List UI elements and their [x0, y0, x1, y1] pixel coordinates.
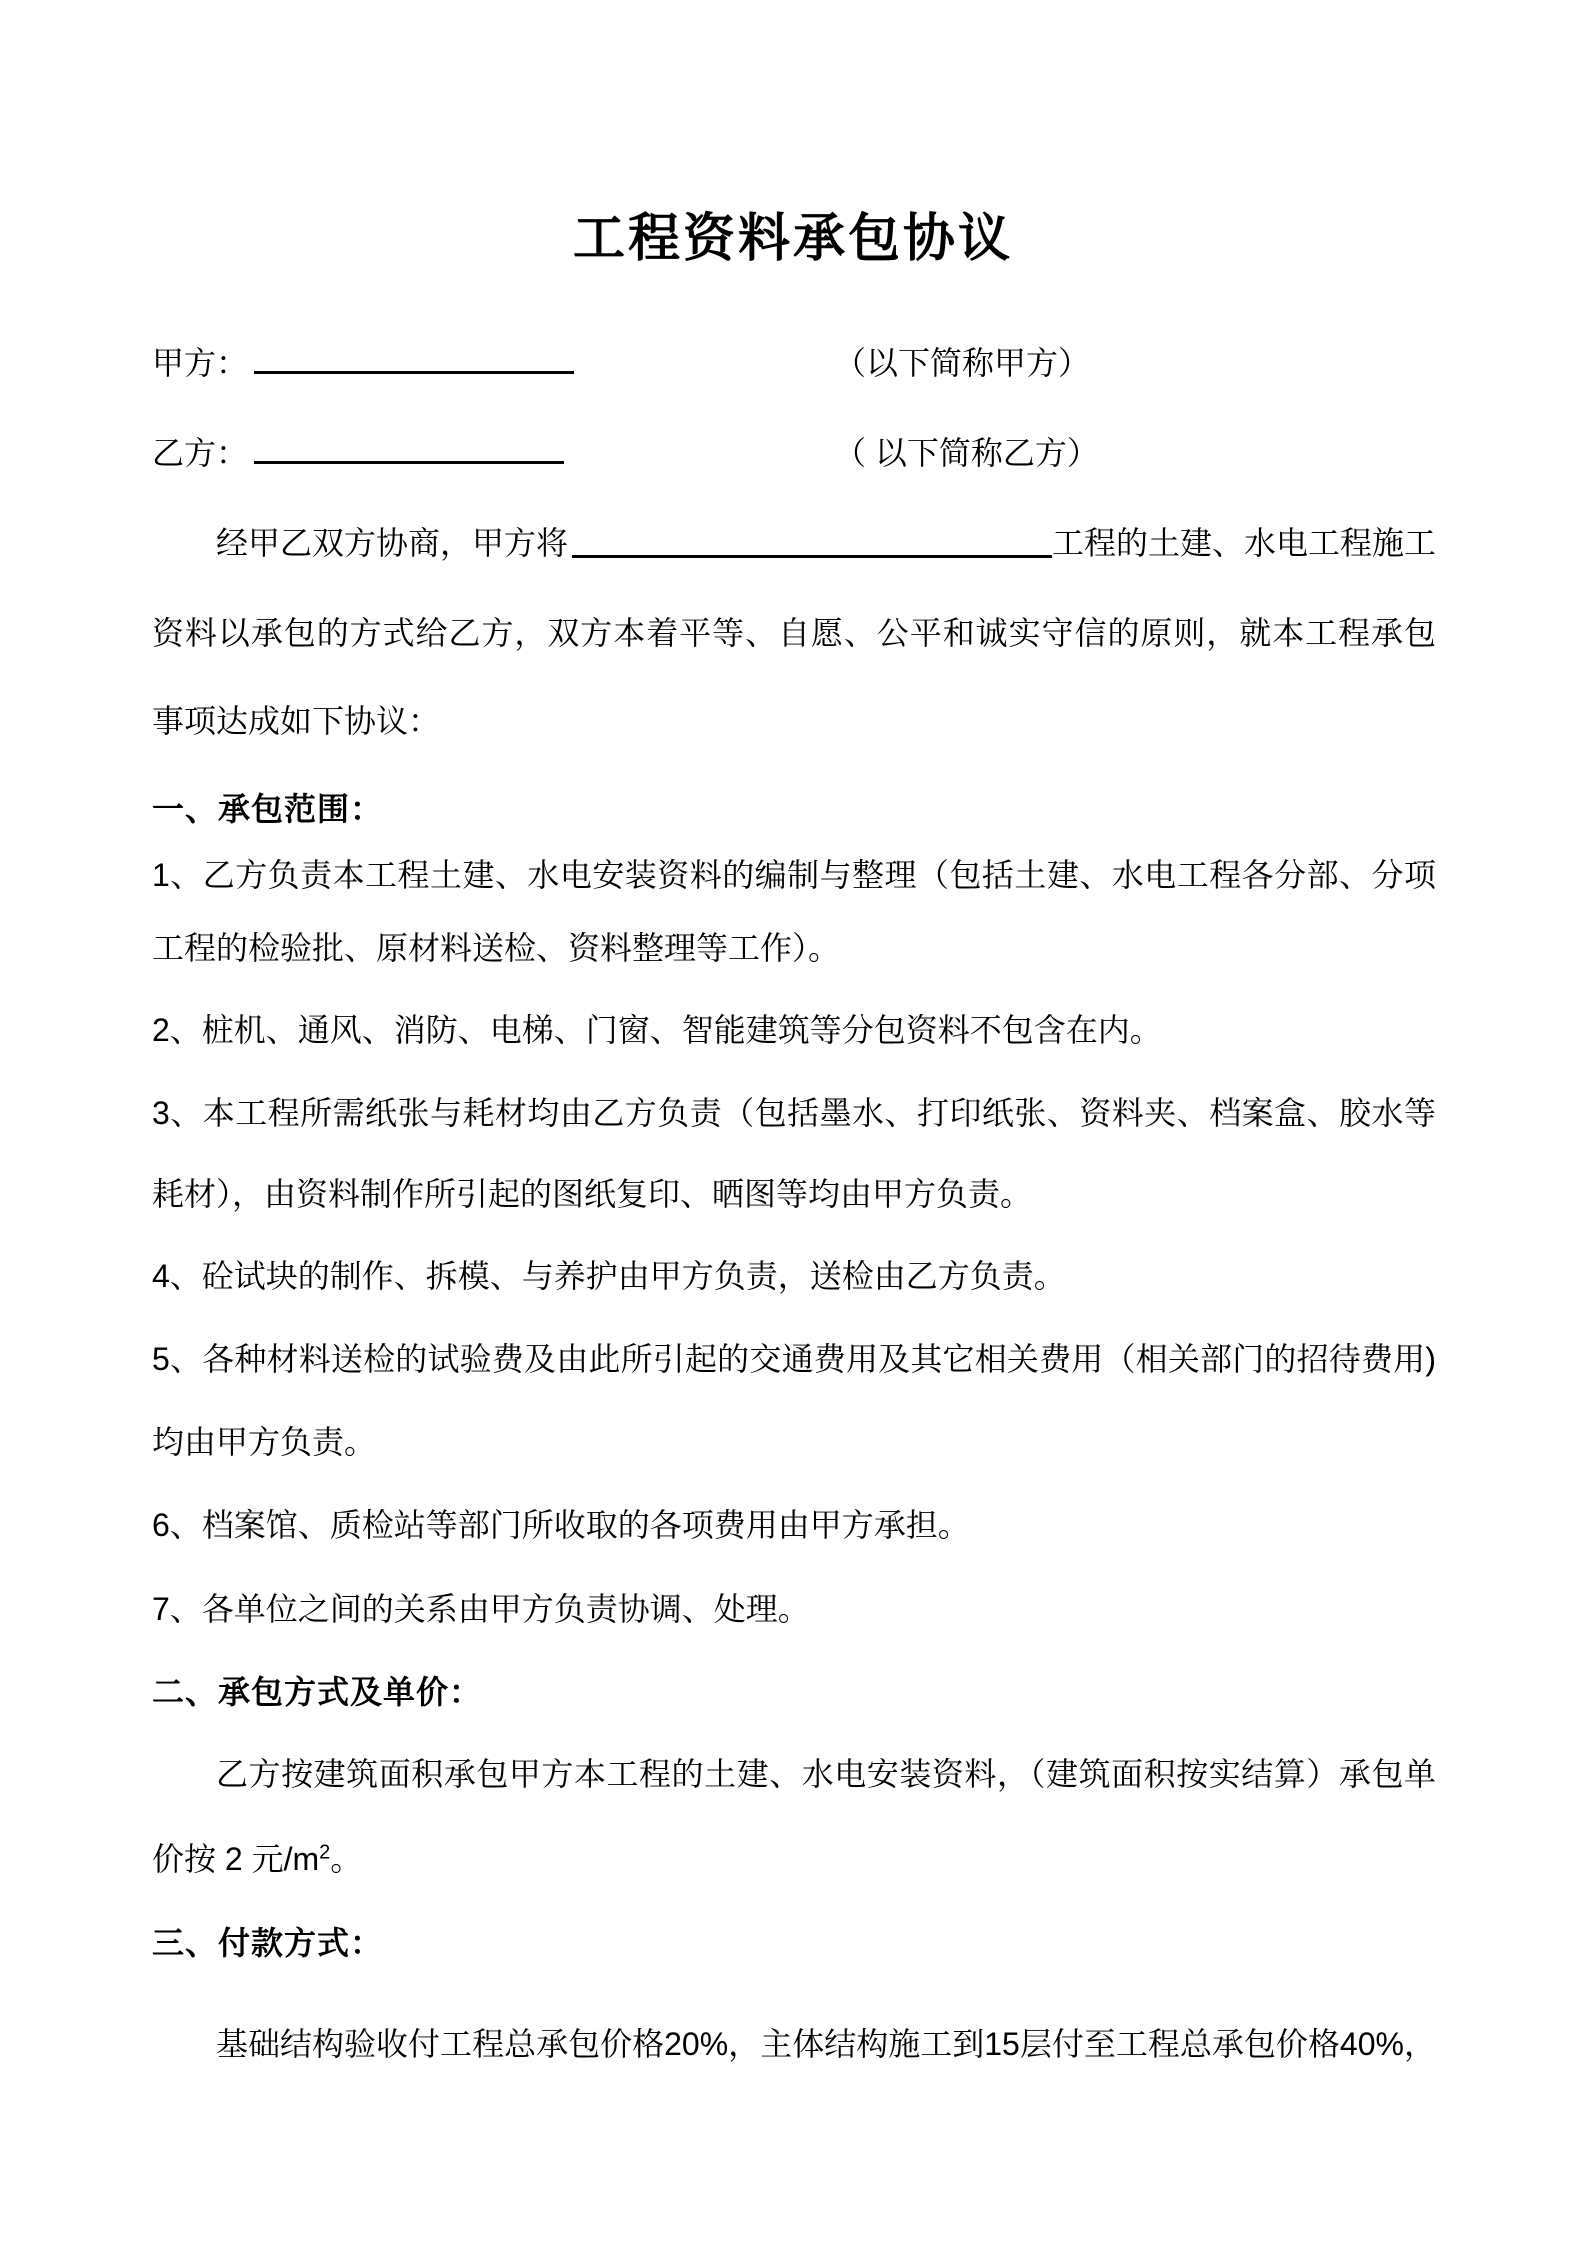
clause-5-line-1: 5、各种材料送检的试验费及由此所引起的交通费用及其它相关费用（相关部门的招待费用…: [152, 1336, 1436, 1382]
party-b-blank-line: [254, 430, 564, 464]
document-page: 工程资料承包协议 甲方： （以下简称甲方） 乙方： （ 以下简称乙方） 经甲乙双…: [0, 0, 1586, 2244]
clause-4: 4、砼试块的制作、拆模、与养护由甲方负责，送检由乙方负责。: [152, 1253, 1436, 1299]
intro-line-1-after-blank: 工程的土建、水电工程施工: [1052, 520, 1436, 566]
project-name-blank-line: [572, 520, 1052, 558]
intro-line-2: 资料以承包的方式给乙方，双方本着平等、自愿、公平和诚实守信的原则，就本工程承包: [152, 610, 1436, 656]
clause-3-line-2: 耗材），由资料制作所引起的图纸复印、晒图等均由甲方负责。: [152, 1171, 1436, 1217]
section-1-heading: 一、承包范围：: [152, 786, 1436, 832]
clause-6: 6、档案馆、质检站等部门所收取的各项费用由甲方承担。: [152, 1502, 1436, 1548]
section-2-body-line-1: 乙方按建筑面积承包甲方本工程的土建、水电安装资料，（建筑面积按实结算）承包单: [152, 1751, 1436, 1797]
party-b-line: 乙方： （ 以下简称乙方）: [152, 430, 1436, 476]
clause-2: 2、桩机、通风、消防、电梯、门窗、智能建筑等分包资料不包含在内。: [152, 1007, 1436, 1053]
section-2-heading: 二、承包方式及单价：: [152, 1669, 1436, 1715]
party-a-line: 甲方： （以下简称甲方）: [152, 340, 1436, 386]
unit-price-text: 价按 2 元/m: [152, 1841, 319, 1877]
party-b-label: 乙方：: [152, 435, 248, 471]
clause-1-line-2: 工程的检验批、原材料送检、资料整理等工作）。: [152, 925, 1436, 971]
square-meter-superscript: 2: [319, 1841, 330, 1863]
section-3-heading: 三、付款方式：: [152, 1920, 1436, 1966]
party-b-shortname: （ 以下简称乙方）: [834, 430, 1099, 476]
clause-3-line-1: 3、本工程所需纸张与耗材均由乙方负责（包括墨水、打印纸张、资料夹、档案盒、胶水等: [152, 1090, 1436, 1136]
party-a-blank-line: [254, 340, 574, 374]
clause-1-line-1: 1、乙方负责本工程土建、水电安装资料的编制与整理（包括土建、水电工程各分部、分项: [152, 852, 1436, 898]
section-2-body-line-2: 价按 2 元/m2。: [152, 1836, 1436, 1882]
clause-5-line-2: 均由甲方负责。: [152, 1419, 1436, 1465]
party-a-label: 甲方：: [152, 345, 248, 381]
clause-7: 7、各单位之间的关系由甲方负责协调、处理。: [152, 1586, 1436, 1632]
section-3-body-line-1: 基础结构验收付工程总承包价格20%，主体结构施工到15层付至工程总承包价格40%…: [152, 2021, 1436, 2067]
intro-line-1: 经甲乙双方协商，甲方将 工程的土建、水电工程施工: [152, 520, 1436, 566]
party-a-shortname: （以下简称甲方）: [834, 340, 1090, 386]
intro-line-3: 事项达成如下协议：: [152, 698, 1436, 744]
document-title: 工程资料承包协议: [0, 196, 1586, 271]
intro-line-1-before-blank: 经甲乙双方协商，甲方将: [216, 520, 568, 566]
unit-price-period: 。: [330, 1841, 362, 1877]
